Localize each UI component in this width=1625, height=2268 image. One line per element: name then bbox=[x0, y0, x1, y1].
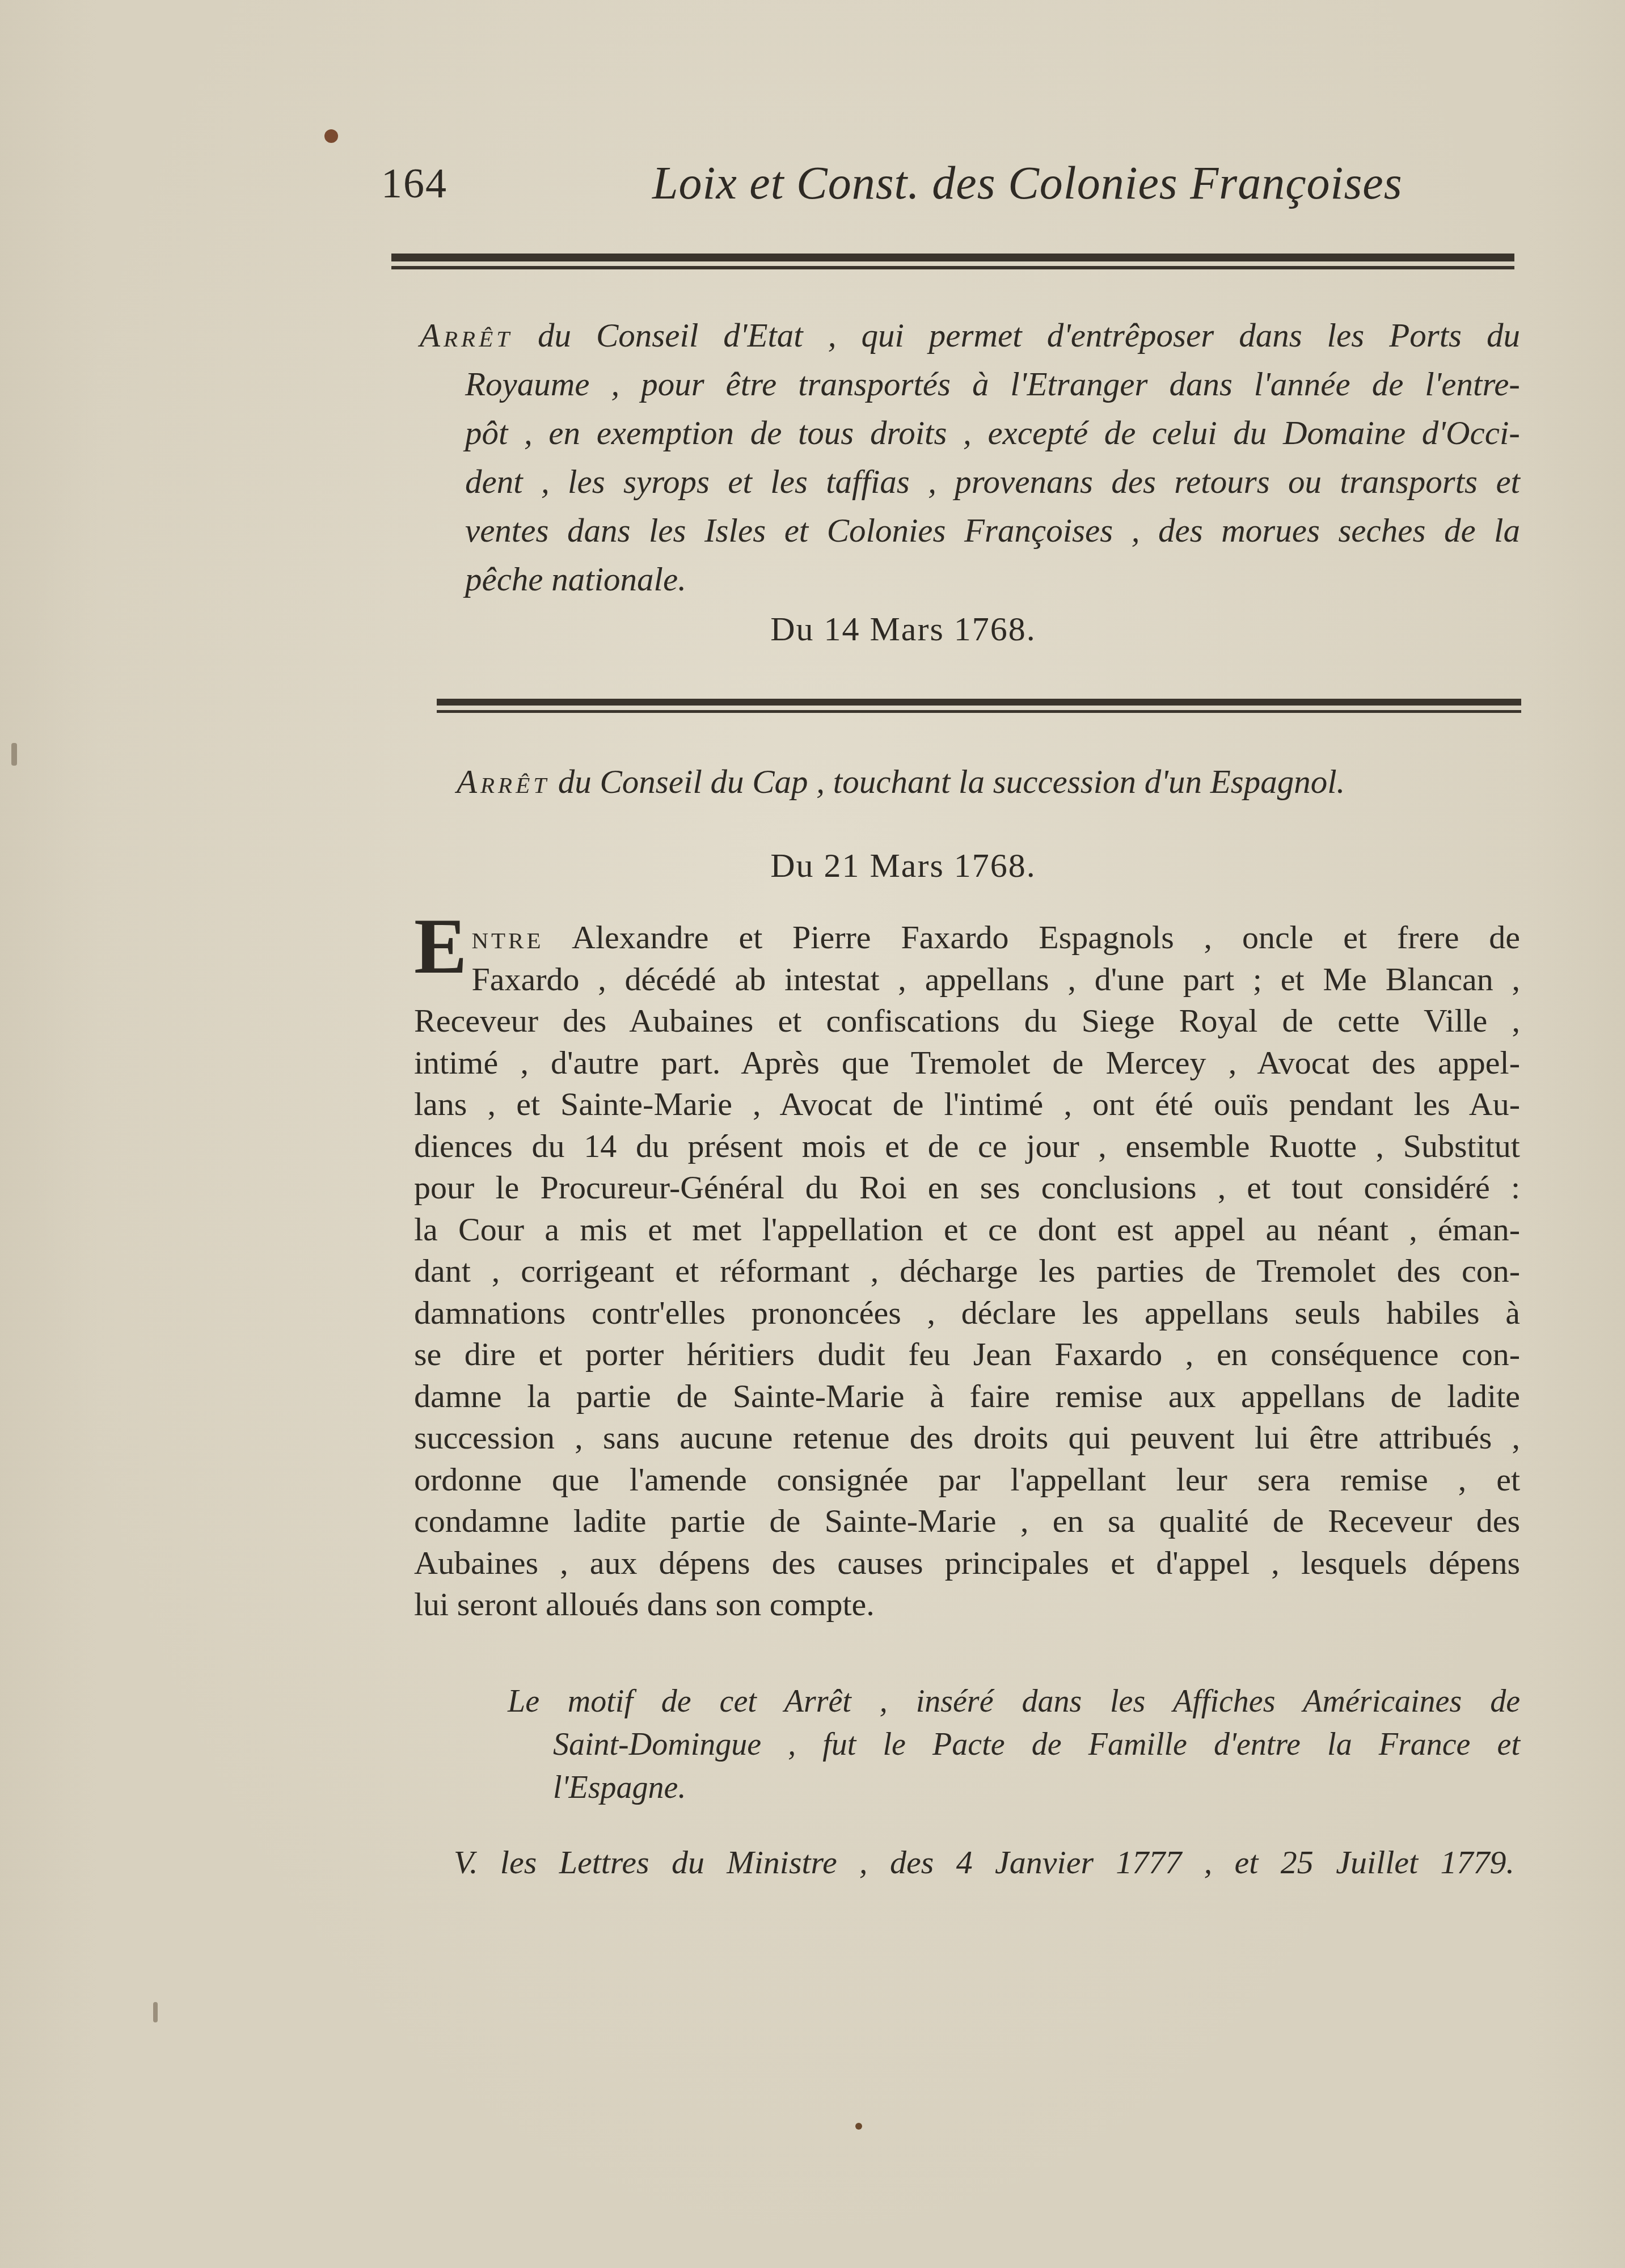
page-header: 164 Loix et Const. des Colonies François… bbox=[0, 160, 1625, 222]
arret-date-1: Du 14 Mars 1768. bbox=[91, 610, 1625, 649]
paper-stain bbox=[153, 2002, 158, 2022]
body-line: lui seront alloués dans son compte. bbox=[414, 1583, 1520, 1625]
title-line: pêche nationale. bbox=[420, 555, 1520, 603]
double-rule-divider bbox=[391, 254, 1514, 271]
body-line: Receveur des Aubaines et confiscations d… bbox=[414, 1000, 1520, 1042]
title-line: Arrêt du Conseil d'Etat , qui permet d'e… bbox=[420, 311, 1520, 360]
body-line: damne la partie de Sainte-Marie à faire … bbox=[414, 1375, 1520, 1417]
double-rule-divider bbox=[437, 699, 1521, 715]
arret-body: Entre Alexandre et Pierre Faxardo Espagn… bbox=[414, 917, 1520, 1625]
body-line: la Cour a mis et met l'appellation et ce… bbox=[414, 1209, 1520, 1251]
arret-lead: Arrêt bbox=[457, 763, 550, 800]
arret-title-2: Arrêt du Conseil du Cap , touchant la su… bbox=[457, 757, 1523, 806]
body-line: dant , corrigeant et réformant , décharg… bbox=[414, 1250, 1520, 1292]
note-line: l'Espagne. bbox=[508, 1766, 1520, 1809]
rule-thin bbox=[391, 266, 1514, 269]
body-line: lans , et Sainte-Marie , Avocat de l'int… bbox=[414, 1083, 1520, 1125]
paper-stain bbox=[324, 129, 338, 143]
arret-title-1: Arrêt du Conseil d'Etat , qui permet d'e… bbox=[420, 311, 1520, 603]
paper-stain bbox=[11, 743, 17, 766]
body-line: diences du 14 du présent mois et de ce j… bbox=[414, 1125, 1520, 1167]
arret-lead: Arrêt bbox=[420, 316, 513, 354]
body-line: se dire et porter héritiers dudit feu Je… bbox=[414, 1333, 1520, 1375]
body-line: damnations contr'elles prononcées , décl… bbox=[414, 1292, 1520, 1334]
body-line: condamne ladite partie de Sainte-Marie ,… bbox=[414, 1500, 1520, 1542]
title-line: Royaume , pour être transportés à l'Etra… bbox=[420, 360, 1520, 408]
body-line: pour le Procureur-Général du Roi en ses … bbox=[414, 1167, 1520, 1209]
title-line: ventes dans les Isles et Colonies Franço… bbox=[420, 506, 1520, 555]
paper-stain bbox=[855, 2123, 862, 2130]
running-title: Loix et Const. des Colonies Françoises bbox=[652, 157, 1403, 210]
body-line: Faxardo , décédé ab intestat , appellans… bbox=[414, 958, 1520, 1000]
body-line: intimé , d'autre part. Après que Tremole… bbox=[414, 1042, 1520, 1084]
body-line: Entre Alexandre et Pierre Faxardo Espagn… bbox=[414, 917, 1520, 958]
page-number: 164 bbox=[381, 160, 448, 208]
body-line: ordonne que l'amende consignée par l'app… bbox=[414, 1459, 1520, 1501]
body-line: succession , sans aucune retenue des dro… bbox=[414, 1417, 1520, 1459]
note-line: Saint-Domingue , fut le Pacte de Famille… bbox=[508, 1723, 1520, 1766]
rule-thin bbox=[437, 710, 1521, 713]
rule-thick bbox=[437, 699, 1521, 706]
rule-thick bbox=[391, 254, 1514, 261]
drop-cap: E bbox=[414, 915, 467, 978]
editorial-note: Le motif de cet Arrêt , inséré dans les … bbox=[508, 1680, 1520, 1809]
note-line: Le motif de cet Arrêt , inséré dans les … bbox=[508, 1680, 1520, 1723]
cross-reference: V. les Lettres du Ministre , des 4 Janvi… bbox=[454, 1843, 1514, 1881]
title-line: pôt , en exemption de tous droits , exce… bbox=[420, 408, 1520, 457]
body-line: Aubaines , aux dépens des causes princip… bbox=[414, 1542, 1520, 1584]
arret-date-2: Du 21 Mars 1768. bbox=[91, 846, 1625, 885]
title-line: dent , les syrops et les taffias , prove… bbox=[420, 457, 1520, 506]
